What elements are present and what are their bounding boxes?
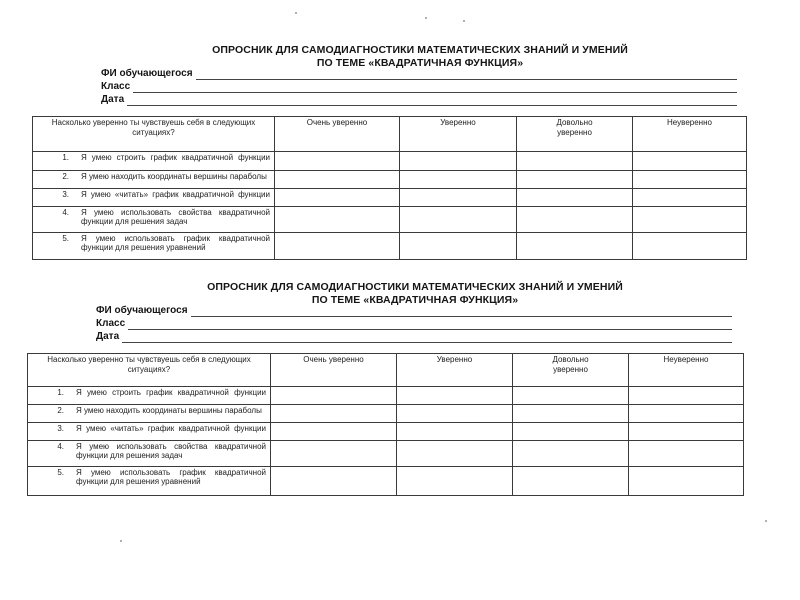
row-statement: Я умею «читать» график квадратичной функ… (76, 424, 266, 433)
answer-cell-fairly-confident[interactable] (517, 207, 633, 233)
form-2-date-field[interactable]: Дата (96, 331, 732, 343)
answer-cell-not-confident[interactable] (633, 189, 747, 207)
table-row: 2.Я умею находить координаты вершины пар… (33, 171, 747, 189)
row-statement: Я умею использовать свойства квадратично… (76, 442, 266, 460)
answer-cell-confident[interactable] (400, 171, 517, 189)
header-row: Насколько уверенно ты чувствуешь себя в … (33, 117, 747, 152)
answer-cell-fairly-confident[interactable] (517, 189, 633, 207)
column-header-not-confident: Неуверенно (629, 354, 744, 387)
answer-cell-confident[interactable] (397, 467, 513, 496)
form-1-class-field[interactable]: Класс (101, 81, 737, 93)
form-2-survey-table: Насколько уверенно ты чувствуешь себя в … (27, 353, 744, 496)
student-name-label: ФИ обучающегося (101, 68, 196, 80)
form-2-student-name-field[interactable]: ФИ обучающегося (96, 305, 732, 317)
answer-cell-very-confident[interactable] (275, 233, 400, 260)
answer-cell-confident[interactable] (397, 423, 513, 441)
class-input-line[interactable] (133, 83, 737, 93)
answer-cell-confident[interactable] (397, 405, 513, 423)
row-number: 1. (33, 153, 81, 162)
table-row: 3.Я умею «читать» график квадратичной фу… (28, 423, 744, 441)
scan-speck (425, 17, 427, 19)
column-header-confident: Уверенно (397, 354, 513, 387)
student-name-label: ФИ обучающегося (96, 305, 191, 317)
answer-cell-fairly-confident[interactable] (517, 233, 633, 260)
row-number: 4. (33, 208, 81, 226)
header-row: Насколько уверенно ты чувствуешь себя в … (28, 354, 744, 387)
answer-cell-confident[interactable] (397, 441, 513, 467)
row-number: 3. (28, 424, 76, 433)
date-label: Дата (101, 94, 127, 106)
answer-cell-very-confident[interactable] (275, 189, 400, 207)
table-row: 2.Я умею находить координаты вершины пар… (28, 405, 744, 423)
answer-cell-not-confident[interactable] (633, 207, 747, 233)
answer-cell-very-confident[interactable] (271, 423, 397, 441)
answer-cell-not-confident[interactable] (629, 467, 744, 496)
table-row: 3.Я умею «читать» график квадратичной фу… (33, 189, 747, 207)
table-row: 4.Я умею использовать свойства квадратич… (28, 441, 744, 467)
column-header-fairly-confident: Довольно уверенно (513, 354, 629, 387)
class-label: Класс (96, 318, 128, 330)
answer-cell-very-confident[interactable] (271, 467, 397, 496)
row-number: 2. (33, 172, 81, 181)
column-header-very-confident: Очень уверенно (275, 117, 400, 152)
form-1-date-field[interactable]: Дата (101, 94, 737, 106)
column-header-not-confident: Неуверенно (633, 117, 747, 152)
answer-cell-very-confident[interactable] (271, 405, 397, 423)
answer-cell-very-confident[interactable] (275, 207, 400, 233)
row-statement: Я умею находить координаты вершины параб… (76, 406, 266, 415)
answer-cell-very-confident[interactable] (271, 387, 397, 405)
answer-cell-fairly-confident[interactable] (517, 171, 633, 189)
class-input-line[interactable] (128, 320, 732, 330)
row-statement: Я умею использовать график квадратичной … (81, 234, 270, 252)
row-number: 5. (28, 468, 76, 486)
table-row: 4.Я умею использовать свойства квадратич… (33, 207, 747, 233)
form-2-class-field[interactable]: Класс (96, 318, 732, 330)
answer-cell-not-confident[interactable] (629, 387, 744, 405)
answer-cell-not-confident[interactable] (629, 423, 744, 441)
question-header: Насколько уверенно ты чувствуешь себя в … (28, 354, 271, 387)
form-1-title-line-1: ОПРОСНИК ДЛЯ САМОДИАГНОСТИКИ МАТЕМАТИЧЕС… (120, 44, 720, 57)
date-input-line[interactable] (127, 96, 737, 106)
answer-cell-fairly-confident[interactable] (513, 423, 629, 441)
date-label: Дата (96, 331, 122, 343)
answer-cell-very-confident[interactable] (275, 152, 400, 171)
row-statement: Я умею строить график квадратичной функц… (76, 388, 266, 397)
answer-cell-very-confident[interactable] (275, 171, 400, 189)
answer-cell-fairly-confident[interactable] (513, 441, 629, 467)
row-number: 5. (33, 234, 81, 252)
row-statement: Я умею строить график квадратичной функц… (81, 153, 270, 162)
answer-cell-confident[interactable] (400, 189, 517, 207)
answer-cell-not-confident[interactable] (633, 233, 747, 260)
student-name-input-line[interactable] (191, 307, 732, 317)
answer-cell-not-confident[interactable] (629, 405, 744, 423)
row-statement: Я умею использовать свойства квадратично… (81, 208, 270, 226)
row-statement: Я умею использовать график квадратичной … (76, 468, 266, 486)
form-1-student-name-field[interactable]: ФИ обучающегося (101, 68, 737, 80)
form-2-title-line-1: ОПРОСНИК ДЛЯ САМОДИАГНОСТИКИ МАТЕМАТИЧЕС… (115, 281, 715, 294)
answer-cell-confident[interactable] (397, 387, 513, 405)
scan-speck (765, 520, 767, 522)
class-label: Класс (101, 81, 133, 93)
form-1-survey-table: Насколько уверенно ты чувствуешь себя в … (32, 116, 747, 260)
answer-cell-not-confident[interactable] (633, 152, 747, 171)
answer-cell-fairly-confident[interactable] (513, 387, 629, 405)
answer-cell-confident[interactable] (400, 233, 517, 260)
row-statement: Я умею находить координаты вершины параб… (81, 172, 270, 181)
row-statement: Я умею «читать» график квадратичной функ… (81, 190, 270, 199)
column-header-very-confident: Очень уверенно (271, 354, 397, 387)
date-input-line[interactable] (122, 333, 732, 343)
scan-speck (463, 20, 465, 22)
answer-cell-confident[interactable] (400, 207, 517, 233)
column-header-confident: Уверенно (400, 117, 517, 152)
table-row: 5.Я умею использовать график квадратично… (33, 233, 747, 260)
row-number: 3. (33, 190, 81, 199)
row-number: 1. (28, 388, 76, 397)
answer-cell-fairly-confident[interactable] (513, 467, 629, 496)
table-row: 5.Я умею использовать график квадратично… (28, 467, 744, 496)
student-name-input-line[interactable] (196, 70, 737, 80)
row-number: 2. (28, 406, 76, 415)
scan-speck (295, 12, 297, 14)
answer-cell-fairly-confident[interactable] (513, 405, 629, 423)
answer-cell-very-confident[interactable] (271, 441, 397, 467)
column-header-fairly-confident: Довольно уверенно (517, 117, 633, 152)
answer-cell-fairly-confident[interactable] (517, 152, 633, 171)
scan-speck (120, 540, 122, 542)
row-number: 4. (28, 442, 76, 460)
table-row: 1.Я умею строить график квадратичной фун… (28, 387, 744, 405)
answer-cell-not-confident[interactable] (633, 171, 747, 189)
answer-cell-not-confident[interactable] (629, 441, 744, 467)
answer-cell-confident[interactable] (400, 152, 517, 171)
table-row: 1.Я умею строить график квадратичной фун… (33, 152, 747, 171)
question-header: Насколько уверенно ты чувствуешь себя в … (33, 117, 275, 152)
